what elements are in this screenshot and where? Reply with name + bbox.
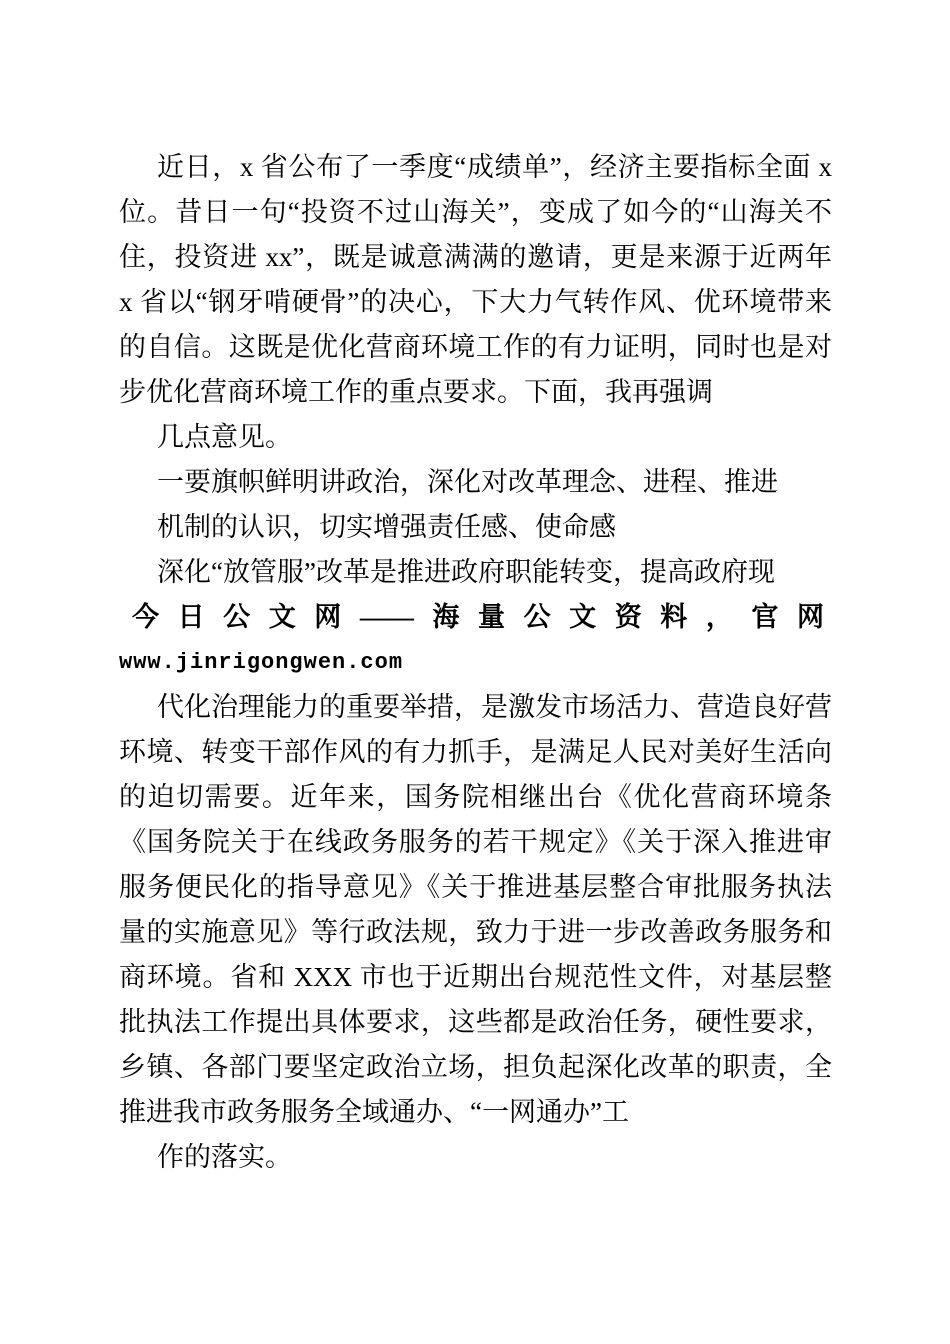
text-line: 住，投资进 xx”，既是诚意满满的邀请，更是来源于近两年来 [119,235,832,280]
url-line: www.jinrigongwen.com [119,640,832,685]
text-line: 步优化营商环境工作的重点要求。下面，我再强调 [119,370,832,415]
text-line: 几点意见。 [119,415,832,460]
text-line: 乡镇、各部门要坚定政治立场，担负起深化改革的职责，全面 [119,1045,832,1090]
text-line: 机制的认识，切实增强责任感、使命感 [119,505,832,550]
text-line: 批执法工作提出具体要求，这些都是政治任务，硬性要求，各 [119,1000,832,1045]
text-line: 深化“放管服”改革是推进政府职能转变，提高政府现 [119,550,832,595]
text-line: 一要旗帜鲜明讲政治，深化对改革理念、进程、推进 [119,460,832,505]
promo-line: 今日公文网——海量公文资料，官网 [119,595,832,640]
text-line: 位。昔日一句“投资不过山海关”，变成了如今的“山海关不 [119,190,832,235]
document-page: 近日，x 省公布了一季度“成绩单”，经济主要指标全面 x位。昔日一句“投资不过山… [0,0,950,1344]
text-line: 近日，x 省公布了一季度“成绩单”，经济主要指标全面 x [119,145,832,190]
text-line: 代化治理能力的重要举措，是激发市场活力、营造良好营商 [119,685,832,730]
text-line: 环境、转变干部作风的有力抓手，是满足人民对美好生活向往 [119,730,832,775]
text-line: 《国务院关于在线政务服务的若干规定》《关于深入推进审批 [119,820,832,865]
text-line: 的迫切需要。近年来，国务院相继出台《优化营商环境条例》 [119,775,832,820]
text-line: 作的落实。 [119,1135,832,1180]
text-line: 商环境。省和 XXX 市也于近期出台规范性文件，对基层整合审 [119,955,832,1000]
document-body: 近日，x 省公布了一季度“成绩单”，经济主要指标全面 x位。昔日一句“投资不过山… [119,145,832,1180]
text-line: 推进我市政务服务全域通办、“一网通办”工 [119,1090,832,1135]
text-line: 的自信。这既是优化营商环境工作的有力证明，同时也是对下 [119,325,832,370]
text-line: 服务便民化的指导意见》《关于推进基层整合审批服务执法力 [119,865,832,910]
text-line: 量的实施意见》等行政法规，致力于进一步改善政务服务和营 [119,910,832,955]
text-line: x 省以“钢牙啃硬骨”的决心，下大力气转作风、优环境带来 [119,280,832,325]
